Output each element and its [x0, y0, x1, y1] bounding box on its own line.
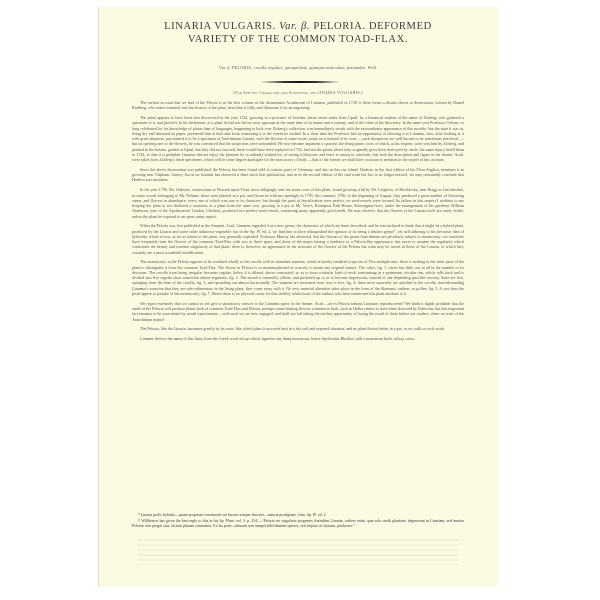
body-text: The earliest account that we find of the… [132, 100, 464, 346]
cross-reference: [For Specific Character and Synonyms, se… [98, 90, 498, 95]
title-variety-name: PELORIA. DEFORMED [313, 21, 432, 32]
footnotes: * Linaria prolis hybrida—quum propriam c… [132, 513, 464, 529]
paragraph: In the year 1796, Mr. Ordoyno, nurseryma… [132, 187, 464, 219]
title-line-2: VARIETY OF THE COMMON TOAD-FLAX. [98, 34, 498, 47]
scanned-page: LINARIA VULGARIS. Var. β. PELORIA. DEFOR… [98, 7, 498, 587]
reference-name: LINARIA VULGARIS.] [317, 90, 362, 95]
diagnosis-tag: Wild. [368, 65, 378, 70]
variety-diagnosis: Var. β. PELORIA, corolla regulari, quinq… [98, 65, 498, 70]
title-variety-label: Var. β. [279, 21, 310, 32]
paragraph: Since the above dissertation was publish… [132, 167, 464, 183]
paragraph: The plant appears to have been first dis… [132, 115, 464, 162]
title-line-1: LINARIA VULGARIS. Var. β. PELORIA. DEFOR… [98, 21, 498, 34]
footnote: * Linaria prolis hybrida—quum propriam c… [132, 513, 464, 518]
footnote: † Willdenow has given the best reply to … [132, 519, 464, 529]
paragraph: The monstrosity in the Peloria appears t… [132, 259, 464, 296]
diagnosis-text: Var. β. PELORIA, corolla regulari, quinq… [219, 65, 367, 70]
reference-prefix: [For Specific Character and Synonyms, se… [233, 90, 316, 95]
page-title: LINARIA VULGARIS. Var. β. PELORIA. DEFOR… [98, 21, 498, 46]
paragraph: When the Peloria was first published in … [132, 223, 464, 255]
paragraph: The Peloria, like the Linaria, increases… [132, 326, 464, 331]
show-through-text [138, 539, 458, 565]
paragraph: We regret extremely that we cannot as ye… [132, 301, 464, 322]
paragraph: The earliest account that we find of the… [132, 100, 464, 111]
paragraph: Linnæus derives the name of this lusus f… [132, 336, 464, 341]
ornamental-rule [260, 81, 340, 83]
title-species: LINARIA VULGARIS. [164, 21, 276, 32]
